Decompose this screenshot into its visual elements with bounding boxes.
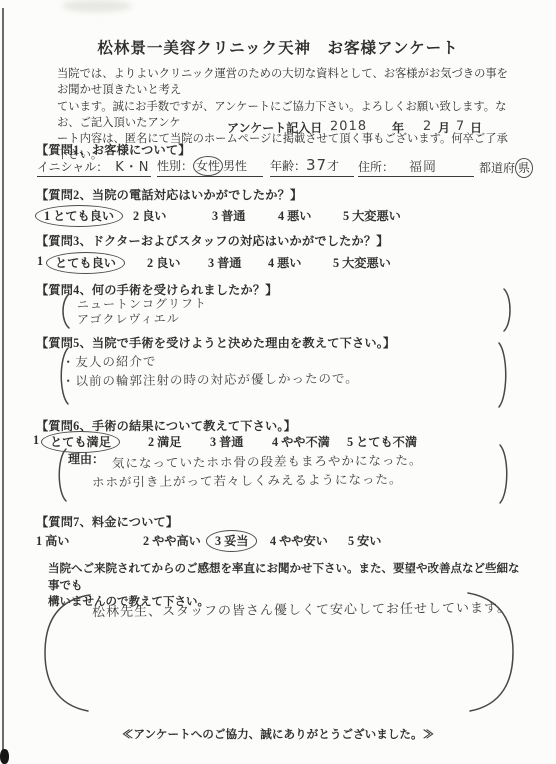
q6-option-2: 2満足 xyxy=(148,433,181,450)
age-value-handwriting: 37 xyxy=(306,156,327,174)
q4-answer-line: アゴクレヴィエル xyxy=(77,309,180,327)
scan-smudge xyxy=(62,0,132,12)
q3-option-2: 2良い xyxy=(147,254,180,271)
q7-options-row: 1高い 2やや高い 3妥当 4やや安い 5安い xyxy=(0,530,556,552)
q4-answer-bracket-left xyxy=(58,292,72,330)
q5-answer-line: ・以前の輪郭注射の時の対応が優しかったので。 xyxy=(62,368,359,389)
page-title: 松林景一美容クリニック天神 お客様アンケート xyxy=(0,36,556,58)
q3-option-1-circled: とても良い xyxy=(46,252,125,274)
prefecture-circled: 県 xyxy=(515,158,533,178)
q2-heading: 【質問2、当院の電話対応はいかがでしたか？】 xyxy=(36,186,302,203)
q6-option-4: 4やや不満 xyxy=(272,433,330,450)
q7-option-5: 5安い xyxy=(348,532,381,549)
q3-option-5: 5大変悪い xyxy=(333,254,391,271)
comment-bracket-left xyxy=(36,592,96,714)
q6-reason-line: ホホが引き上がって若々しくみえるようになった。 xyxy=(92,469,403,490)
q6-reason-bracket-left xyxy=(53,447,69,503)
q6-option-1-num: 1 xyxy=(33,433,39,448)
date-label: アンケート記入日 xyxy=(227,119,322,136)
gender-female-circled: 女性 xyxy=(193,156,223,176)
footer-thanks: ≪アンケートへのご協力、誠にありがとうございました。≫ xyxy=(0,726,556,742)
q2-option-1-circled: 1とても良い xyxy=(35,205,123,227)
q7-option-3-circled: 3妥当 xyxy=(206,530,257,552)
q4-answer-bracket-right xyxy=(501,287,515,333)
scan-corner-blob xyxy=(0,749,9,764)
date-day-unit: 日 xyxy=(470,119,482,136)
q1-answer-row: イニシャル： K・N 性別：女性男性 年齢：37才 住所： 福岡 都道府県 xyxy=(0,156,556,180)
q5-heading: 【質問5、当院で手術を受けようと決めた理由を教えて下さい。】 xyxy=(36,334,395,351)
q1-age-field: 年齢：37才 xyxy=(270,156,354,177)
gender-male: 男性 xyxy=(223,159,247,173)
date-year-value: 2018 xyxy=(330,119,367,134)
date-month-value: 2 xyxy=(423,119,432,134)
q7-heading: 【質問7、料金について】 xyxy=(36,513,178,530)
q1-initial-field: イニシャル： K・N xyxy=(37,156,151,177)
date-month-unit: 月 xyxy=(438,119,450,136)
q3-options-row: 1 とても良い 2良い 3普通 4悪い 5大変悪い xyxy=(0,252,556,274)
q7-option-1: 1高い xyxy=(36,532,69,549)
prefecture-prefix: 都道府 xyxy=(479,161,515,175)
date-day-value: 7 xyxy=(456,119,465,134)
q7-option-4: 4やや安い xyxy=(270,532,328,549)
age-label: 年齢： xyxy=(270,159,306,173)
closing-answer-handwriting: 松林先生、スタッフの皆さん優しくて安心してお任せしています。 xyxy=(92,597,511,620)
address-label: 住所： xyxy=(358,160,394,174)
q3-option-3: 3普通 xyxy=(208,254,241,271)
q1-address-field: 住所： 福岡 xyxy=(358,156,474,177)
q7-option-2: 2やや高い xyxy=(143,532,201,549)
q2-option-2: 2良い xyxy=(133,207,166,224)
age-unit: 才 xyxy=(327,159,339,173)
q6-option-3: 3普通 xyxy=(210,433,243,450)
initial-label: イニシャル： xyxy=(37,160,108,174)
q6-option-5: 5とても不満 xyxy=(347,433,417,450)
survey-date-row: アンケート記入日 2018 年 2 月 7 日 xyxy=(0,119,556,139)
q3-heading: 【質問3、ドクターおよびスタッフの対応はいかがでしたか？】 xyxy=(36,232,389,249)
q6-reason-line: 気になっていたホホ骨の段差もまろやかになった。 xyxy=(112,450,423,471)
q2-options-row: 1とても良い 2良い 3普通 4悪い 5大変悪い xyxy=(0,205,556,227)
q2-option-5: 5大変悪い xyxy=(343,207,401,224)
closing-line: 当院へご来院されてからのご感想を率直にお聞かせ下さい。また、要望や改善点など些細… xyxy=(48,561,522,594)
intro-line: 当院では、よりよいクリニック運営のための大切な資料として、お客様がお気づきの事を… xyxy=(57,66,519,99)
date-year-unit: 年 xyxy=(392,119,404,136)
gender-label: 性別： xyxy=(157,159,193,173)
q3-option-4: 4悪い xyxy=(268,254,301,271)
q1-prefecture-suffix: 都道府県 xyxy=(479,158,533,178)
q6-reason-bracket-right xyxy=(497,443,513,505)
address-value-handwriting: 福岡 xyxy=(409,160,437,175)
survey-scan-page: 松林景一美容クリニック天神 お客様アンケート 当院では、よりよいクリニック運営の… xyxy=(0,0,556,764)
q5-answer-line: ・友人の紹介で xyxy=(62,352,157,371)
initial-value-handwriting: K・N xyxy=(115,160,149,175)
q1-gender-field: 性別：女性男性 xyxy=(157,156,263,177)
q2-option-3: 3普通 xyxy=(212,207,245,224)
q6-reason-label: 理由： xyxy=(68,450,104,467)
q5-answer-bracket-right xyxy=(496,341,512,409)
q3-option-1-num: 1 xyxy=(37,254,43,269)
q2-option-4: 4悪い xyxy=(278,207,311,224)
